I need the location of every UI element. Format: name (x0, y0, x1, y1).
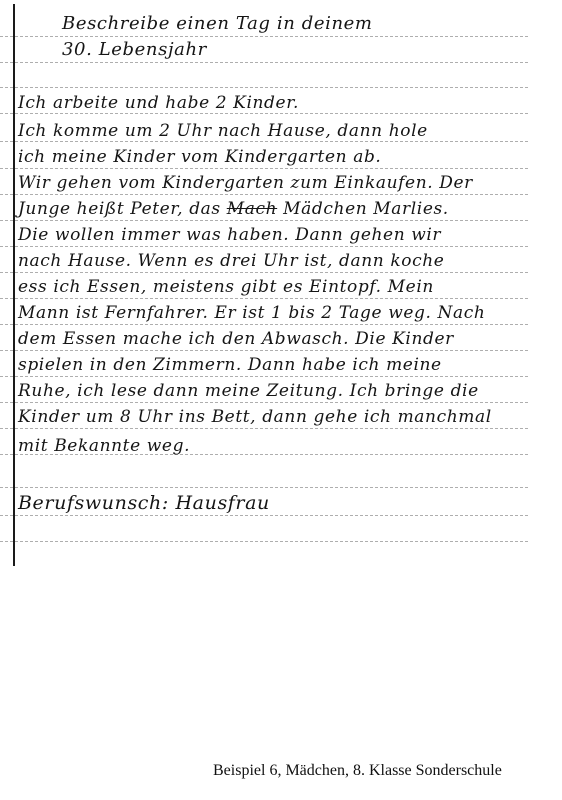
ruled-line (0, 428, 528, 429)
ruled-line (0, 113, 528, 114)
ruled-line (0, 541, 528, 542)
essay-heading-line-2: 30. Lebensjahr (62, 39, 207, 60)
ruled-line (0, 246, 528, 247)
handwritten-sheet: Beschreibe einen Tag in deinem 30. Leben… (0, 0, 562, 600)
ruled-line (0, 194, 528, 195)
margin-line (13, 4, 15, 566)
ruled-line (0, 515, 528, 516)
essay-line: mit Bekannte weg. (18, 436, 190, 456)
essay-line: ess ich Essen, meistens gibt es Eintopf.… (18, 277, 434, 297)
essay-line-start: Junge heißt Peter, das (18, 199, 227, 219)
ruled-line (0, 141, 528, 142)
ruled-line (0, 402, 528, 403)
essay-line: Kinder um 8 Uhr ins Bett, dann gehe ich … (18, 407, 492, 427)
ruled-line (0, 62, 528, 63)
ruled-line (0, 36, 528, 37)
essay-line: Ich komme um 2 Uhr nach Hause, dann hole (18, 121, 428, 141)
essay-line: Ruhe, ich lese dann meine Zeitung. Ich b… (18, 381, 479, 401)
ruled-line (0, 220, 528, 221)
crossed-out-word: Mach (227, 199, 277, 219)
ruled-line (0, 487, 528, 488)
essay-line: Die wollen immer was haben. Dann gehen w… (18, 225, 441, 245)
essay-line: ich meine Kinder vom Kindergarten ab. (18, 147, 381, 167)
essay-line: Mann ist Fernfahrer. Er ist 1 bis 2 Tage… (18, 303, 485, 323)
figure-caption: Beispiel 6, Mädchen, 8. Klasse Sondersch… (213, 762, 502, 780)
essay-line: spielen in den Zimmern. Dann habe ich me… (18, 355, 442, 375)
ruled-line (0, 376, 528, 377)
ruled-line (0, 324, 528, 325)
essay-line: nach Hause. Wenn es drei Uhr ist, dann k… (18, 251, 444, 271)
essay-heading-line-1: Beschreibe einen Tag in deinem (62, 13, 373, 34)
ruled-line (0, 350, 528, 351)
ruled-line (0, 272, 528, 273)
essay-line-with-correction: Junge heißt Peter, das Mach Mädchen Marl… (18, 199, 449, 219)
career-wish: Berufswunsch: Hausfrau (18, 492, 270, 514)
ruled-line (0, 87, 528, 88)
ruled-line (0, 168, 528, 169)
essay-line-end: Mädchen Marlies. (277, 199, 449, 219)
ruled-line (0, 298, 528, 299)
essay-line: Wir gehen vom Kindergarten zum Einkaufen… (18, 173, 473, 193)
essay-line: dem Essen mache ich den Abwasch. Die Kin… (18, 329, 454, 349)
essay-line: Ich arbeite und habe 2 Kinder. (18, 93, 299, 113)
